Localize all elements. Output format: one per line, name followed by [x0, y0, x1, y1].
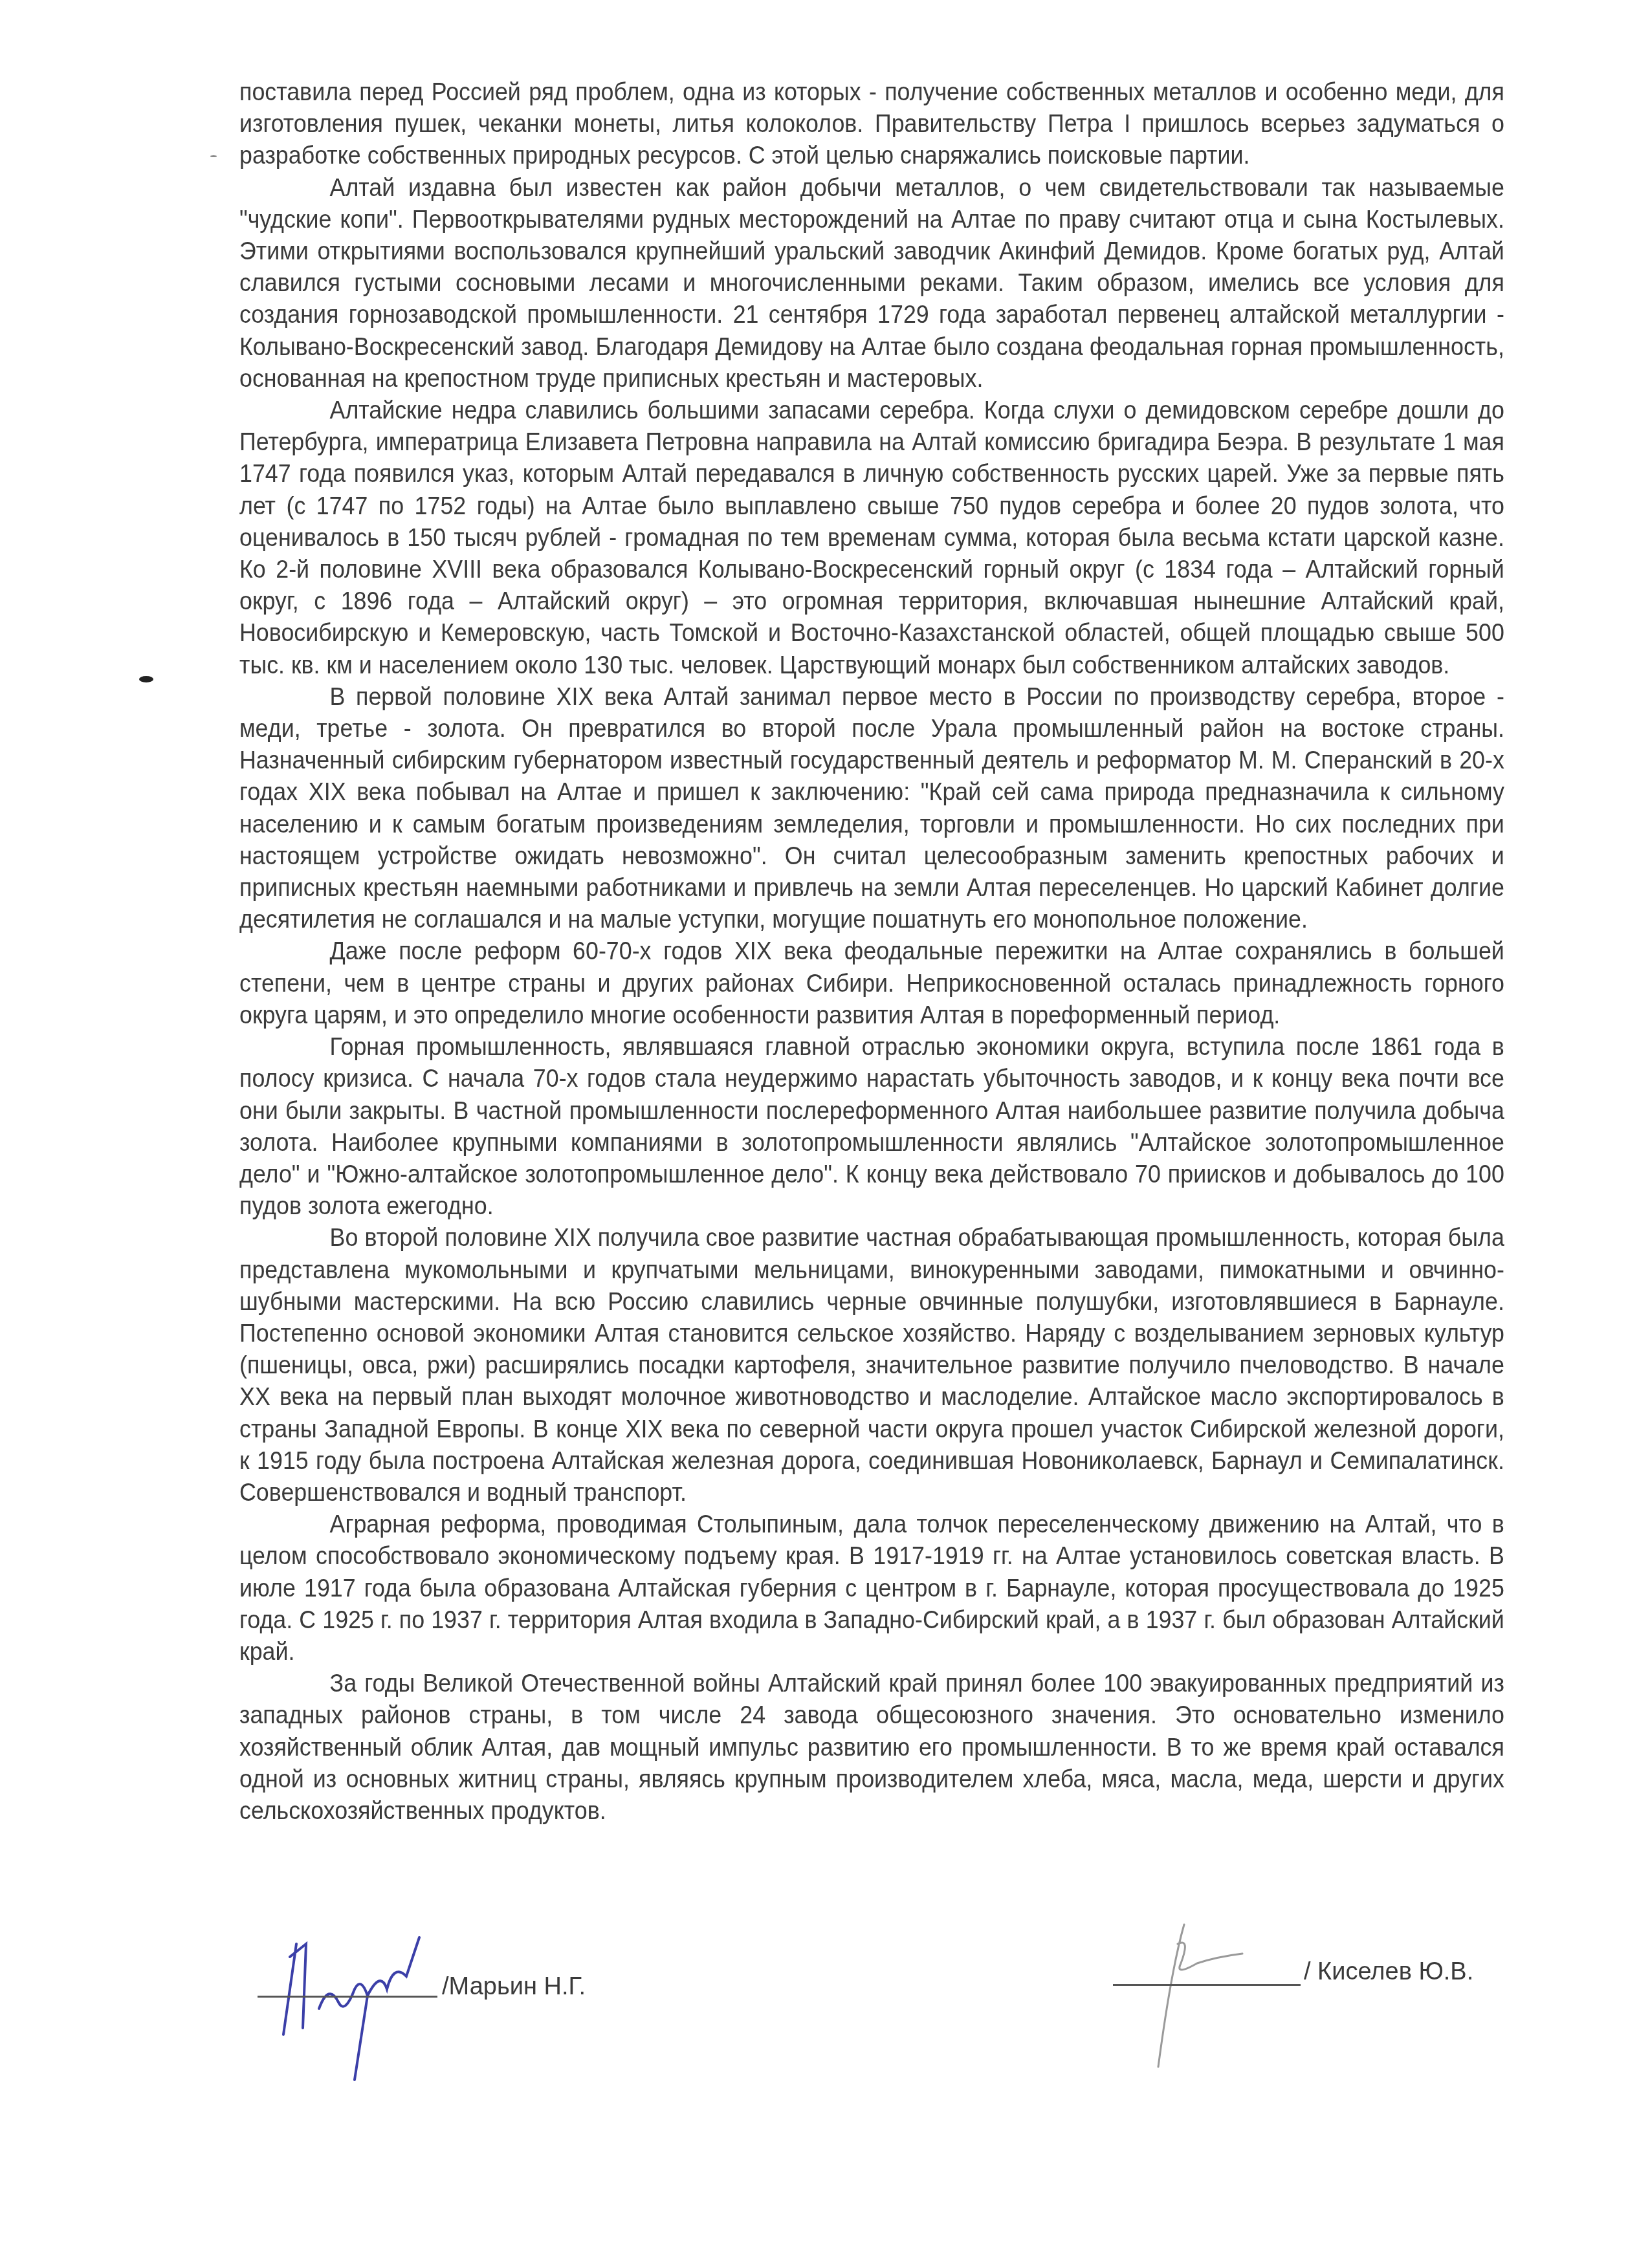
signature-block: /Марьин Н.Г. / Киселев Ю.В. — [0, 1931, 1650, 2073]
paragraph: Во второй половине XIX получила свое раз… — [239, 1222, 1504, 1509]
signature-kiselev: / Киселев Ю.В. — [1113, 1931, 1527, 2060]
paragraph: поставила перед Россией ряд проблем, одн… — [239, 76, 1504, 172]
signatory-name: / Киселев Ю.В. — [1304, 1958, 1473, 1986]
paragraph: Аграрная реформа, проводимая Столыпиным,… — [239, 1509, 1504, 1668]
paragraph: В первой половине XIX века Алтай занимал… — [239, 681, 1504, 936]
handwritten-signature-icon — [258, 1918, 452, 2086]
scan-speck — [139, 676, 153, 682]
paragraph: Алтайские недра славились большими запас… — [239, 395, 1504, 681]
signature-line — [1113, 1984, 1301, 1986]
scan-speck — [210, 155, 217, 157]
signature-line — [258, 1996, 437, 1998]
handwritten-signature-icon — [1113, 1918, 1307, 2086]
signature-marin: /Марьин Н.Г. — [258, 1931, 672, 2060]
paragraph: Алтай издавна был известен как район доб… — [239, 172, 1504, 395]
paragraph: Даже после реформ 60-70-х годов XIX века… — [239, 935, 1504, 1031]
document-body: поставила перед Россией ряд проблем, одн… — [239, 76, 1504, 1827]
paragraph: Горная промышленность, являвшаяся главно… — [239, 1031, 1504, 1222]
paragraph: За годы Великой Отечественной войны Алта… — [239, 1668, 1504, 1827]
signatory-name: /Марьин Н.Г. — [442, 1973, 586, 2001]
